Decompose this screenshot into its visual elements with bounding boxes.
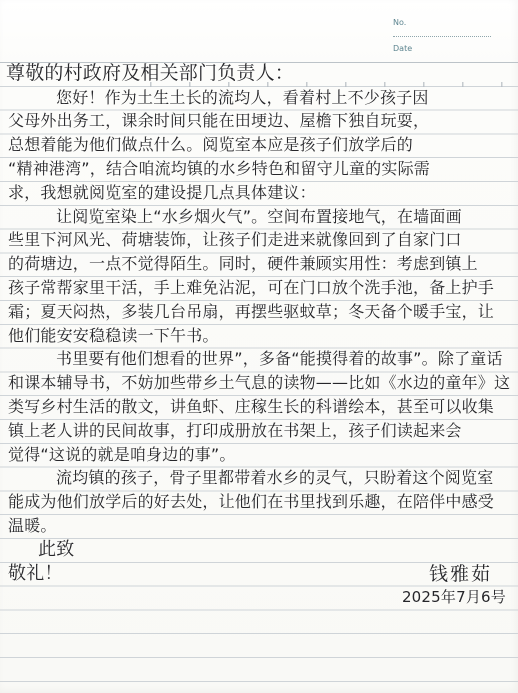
date-label: Date — [393, 44, 493, 54]
paper-form-header: No. Date — [393, 18, 493, 54]
letter-line: 他们能安安稳稳读一下午书。 — [0, 324, 518, 348]
closing-and-signature-row: 敬礼！ 钱雅茹 — [0, 562, 518, 586]
letter-photo: No. Date 尊敬的村政府及相关部门负责人： 您好！作为土生土长的流均人，看… — [0, 0, 518, 693]
letter-date-row: 2025年7月6号 — [0, 586, 518, 610]
letter-line: 求，我想就阅览室的建设提几点具体建议： — [0, 181, 518, 205]
letter-line: 温暖。 — [0, 514, 518, 538]
letter-line: 能成为他们放学后的好去处，让他们在书里找到乐趣，在陪伴中感受 — [0, 490, 518, 514]
no-label: No. — [393, 18, 493, 28]
no-fill-line — [393, 28, 491, 37]
letter-line: “精神港湾”，结合咱流均镇的水乡特色和留守儿童的实际需 — [0, 157, 518, 181]
letter-date: 2025年7月6号 — [402, 587, 506, 607]
letter-line: 总想着能为他们做点什么。阅览室本应是孩子们放学后的 — [0, 133, 518, 157]
letter-line: 的荷塘边，一点不觉得陌生。同时，硬件兼顾实用性：考虑到镇上 — [0, 252, 518, 276]
letter-line: 父母外出务工，课余时间只能在田埂边、屋檐下独自玩耍， — [0, 110, 518, 134]
letter-line: 和课本辅导书，不妨加些带乡土气息的读物——比如《水边的童年》这 — [0, 371, 518, 395]
letter-line: 觉得“这说的就是咱身边的事”。 — [0, 443, 518, 467]
letter-line: 流均镇的孩子，骨子里都带着水乡的灵气，只盼着这个阅览室 — [0, 467, 518, 491]
salutation-line: 尊敬的村政府及相关部门负责人： — [0, 62, 518, 86]
letter-line: 类写乡村生活的散文，讲鱼虾、庄稼生长的科谱绘本，甚至可以收集 — [0, 395, 518, 419]
letter-line: 孩子常帮家里干活，手上难免沾泥，可在门口放个洗手池，备上护手 — [0, 276, 518, 300]
signature: 钱雅茹 — [429, 564, 512, 584]
letter-line: 您好！作为土生土长的流均人，看着村上不少孩子因 — [0, 86, 518, 110]
closing-jingli: 敬礼！ — [8, 564, 63, 584]
letter-line: 些里下河风光、荷塘装饰，让孩子们走进来就像回到了自家门口 — [0, 229, 518, 253]
letter-line: 让阅览室染上“水乡烟火气”。空间布置接地气，在墙面画 — [0, 205, 518, 229]
letter-line: 霜；夏天闷热，多装几台吊扇，再摆些驱蚊草；冬天备个暖手宝，让 — [0, 300, 518, 324]
letter-line: 镇上老人讲的民间故事，打印成册放在书架上，孩子们读起来会 — [0, 419, 518, 443]
handwritten-letter: 尊敬的村政府及相关部门负责人： 您好！作为土生土长的流均人，看着村上不少孩子因 … — [0, 62, 518, 609]
letter-line: 书里要有他们想看的世界”，多备“能摸得着的故事”。除了童话 — [0, 348, 518, 372]
closing-cizhi: 此致 — [0, 538, 518, 562]
